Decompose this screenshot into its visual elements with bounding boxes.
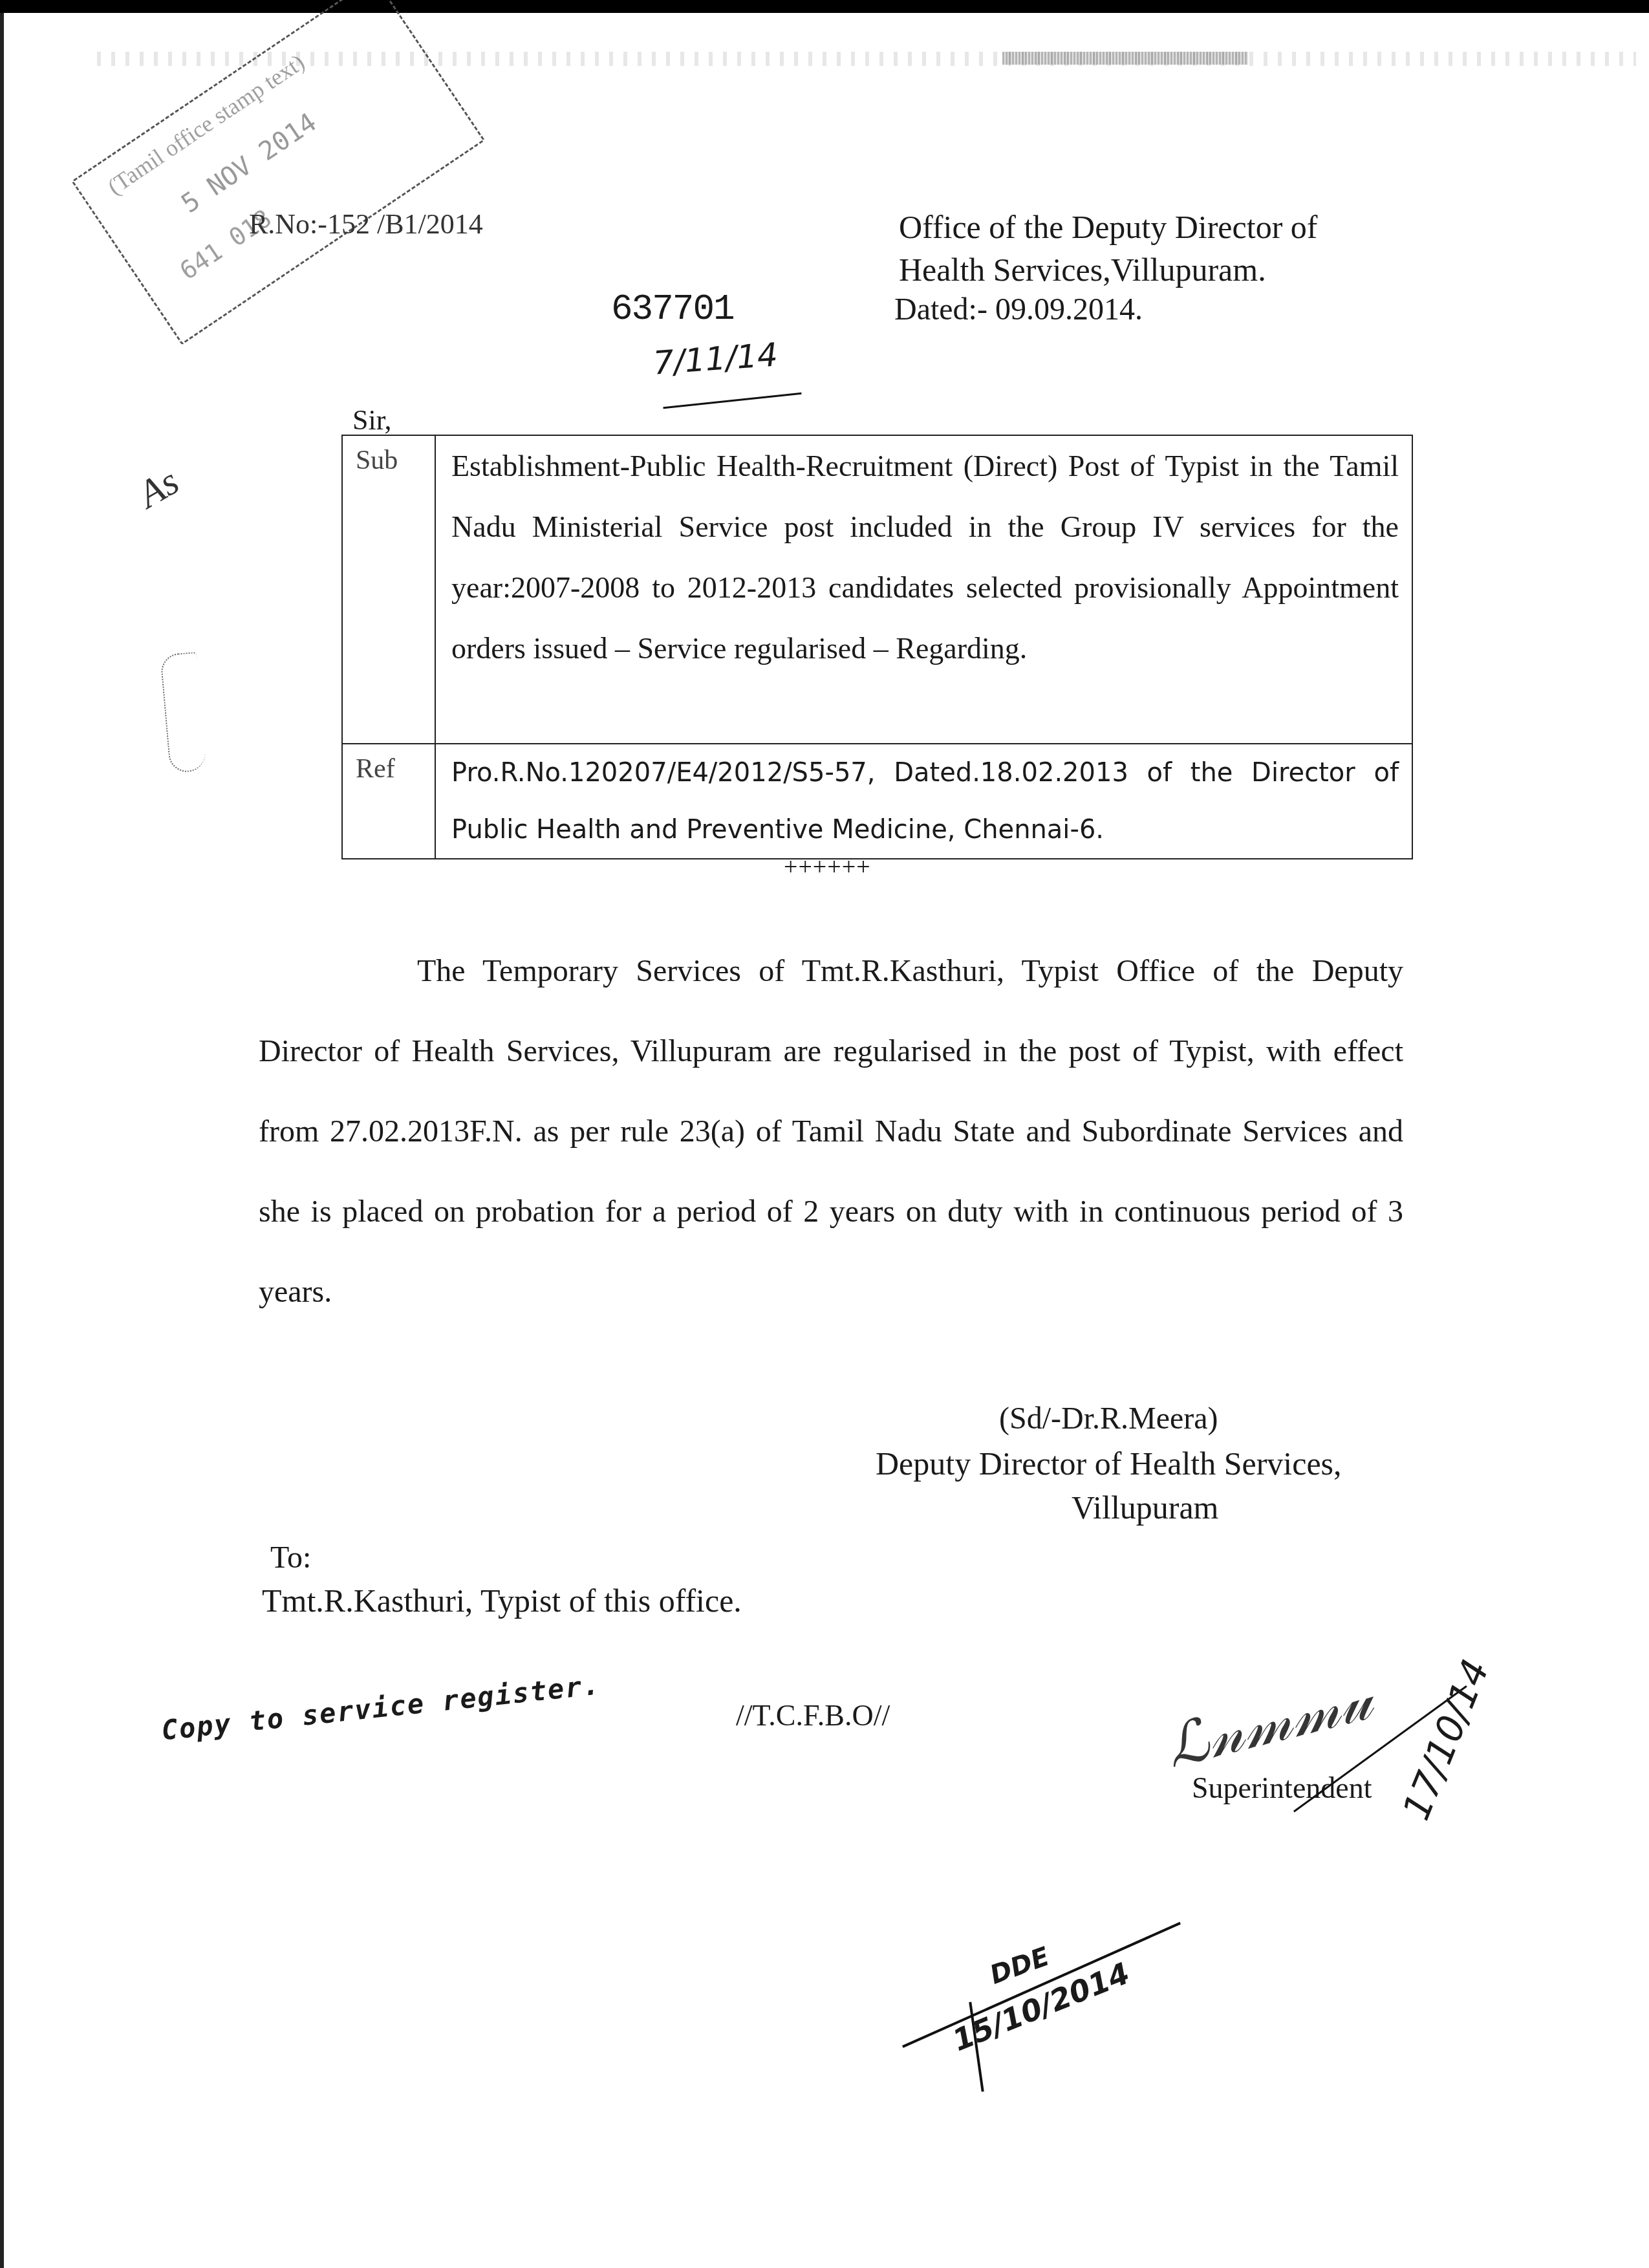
scan-edge-left: [0, 13, 4, 2268]
signatory-designation: Deputy Director of Health Services,: [876, 1447, 1342, 1480]
signatory-name: (Sd/-Dr.R.Meera): [999, 1403, 1218, 1434]
initial-note: DDE: [987, 1943, 1053, 1989]
subject-text: Establishment-Public Health-Recruitment …: [435, 435, 1412, 744]
scan-edge-top: [0, 0, 1649, 13]
document-date: Dated:- 09.09.2014.: [894, 294, 1143, 325]
inward-underline: [663, 393, 801, 409]
superintendent-signature: ℒ𝓃𝓂𝓂𝓊: [1160, 1670, 1377, 1777]
office-heading-line: Office of the Deputy Director of: [899, 206, 1317, 248]
superintendent-label: Superintendent: [1192, 1773, 1372, 1803]
body-paragraph: The Temporary Services of Tmt.R.Kasthuri…: [259, 931, 1403, 1332]
superintendent-sign-date: 17/10/14: [1397, 1654, 1494, 1824]
stamp-initial: As: [131, 459, 186, 517]
inward-number: 637701: [611, 291, 734, 327]
to-label: To:: [270, 1542, 311, 1573]
separator: ++++++: [784, 855, 871, 880]
inward-date: 7/11/14: [652, 338, 779, 379]
reference-number: R.No:-152 /B1/2014: [249, 210, 483, 239]
subject-label: Sub: [342, 435, 435, 744]
salutation: Sir,: [352, 406, 392, 435]
reference-label: Ref: [342, 744, 435, 859]
subject-row: Sub Establishment-Public Health-Recruitm…: [342, 435, 1412, 744]
signatory-place: Villupuram: [1072, 1491, 1219, 1524]
recipient: Tmt.R.Kasthuri, Typist of this office.: [262, 1584, 742, 1617]
subject-reference-table: Sub Establishment-Public Health-Recruitm…: [341, 435, 1413, 859]
margin-mark: [160, 652, 207, 773]
office-heading: Office of the Deputy Director of Health …: [899, 206, 1317, 291]
reference-row: Ref Pro.R.No.120207/E4/2012/S5-57, Dated…: [342, 744, 1412, 859]
reference-text: Pro.R.No.120207/E4/2012/S5-57, Dated.18.…: [435, 744, 1412, 859]
office-heading-line: Health Services,Villupuram.: [899, 248, 1317, 291]
scan-noise-dark: [1002, 52, 1248, 65]
tcfbo-mark: //T.C.F.B.O//: [736, 1701, 890, 1731]
initial-stroke: [902, 1922, 1181, 2048]
handwritten-copy-note: Copy to service register.: [160, 1671, 602, 1744]
